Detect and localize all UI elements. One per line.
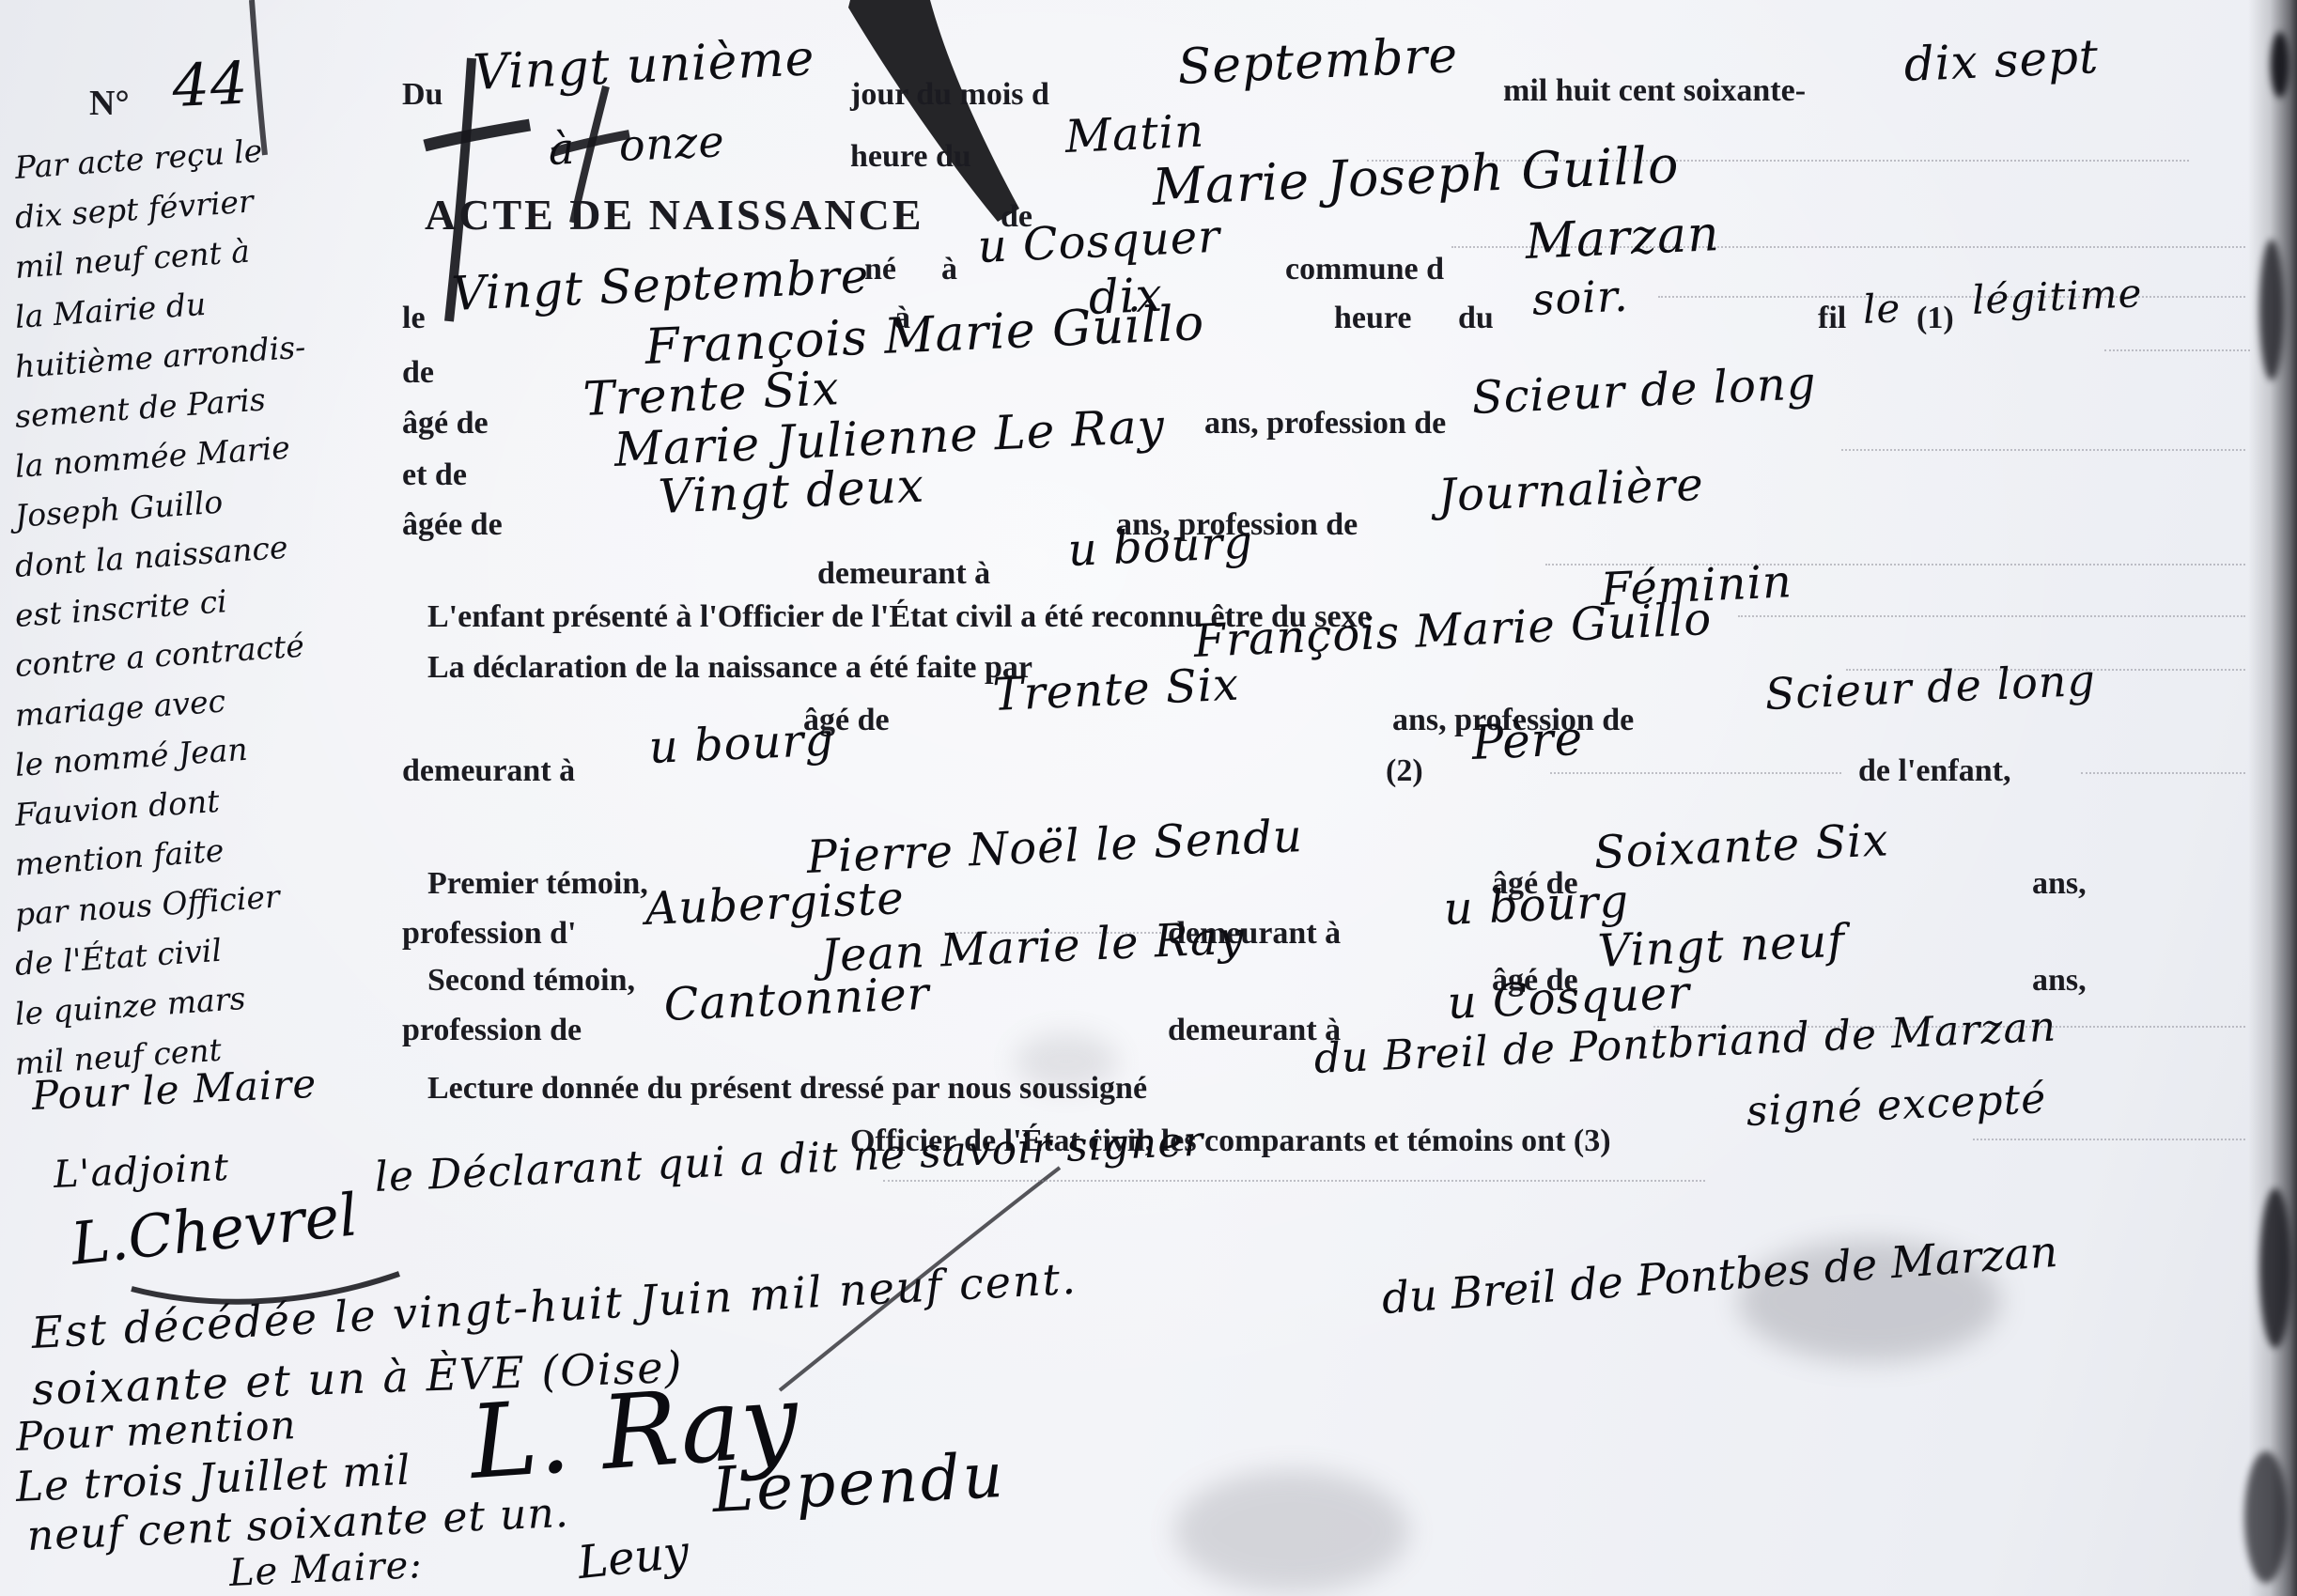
- lependu-signature: Lependu: [710, 1439, 1007, 1526]
- fille-le-entry: le: [1862, 285, 1901, 333]
- declarant-age-entry: Trente Six: [992, 659, 1241, 721]
- acte-de-naissance-title: ACTE DE NAISSANCE: [425, 190, 924, 240]
- signed-except-entry: signé excepté: [1746, 1075, 2048, 1136]
- dotted-rule: [1841, 449, 2245, 451]
- act-period-entry: Matin: [1064, 105, 1206, 163]
- dotted-rule: [2081, 772, 2245, 774]
- father-age-label: âgé de: [402, 406, 489, 442]
- witness1-label: Premier témoin,: [427, 866, 648, 902]
- act-month-entry: Septembre: [1176, 27, 1459, 96]
- declarant-demeurant-label: demeurant à: [402, 753, 575, 789]
- act-day-entry: Vingt unième: [472, 30, 815, 101]
- lecture-sentence: Lecture donnée du présent dressé par nou…: [427, 1071, 1147, 1107]
- death-note-line1: Est décédée le vingt-huit Juin mil neuf …: [30, 1253, 1079, 1358]
- birth-place-entry: u Cosquer: [977, 210, 1222, 273]
- le-maire-label: Le Maire:: [228, 1543, 424, 1595]
- act-hour-entry: onze: [618, 116, 726, 171]
- witness1-ans-label: ans,: [2032, 866, 2087, 902]
- fil-label: fil: [1818, 301, 1846, 336]
- act-number-label: N°: [89, 83, 130, 124]
- heure-label: heure: [1334, 301, 1411, 336]
- declarant-residence-entry: u bourg: [648, 713, 836, 774]
- mother-age-label: âgée de: [402, 507, 503, 543]
- mother-profession-entry: Journalière: [1437, 458, 1705, 522]
- birth-period-entry: soir.: [1531, 271, 1630, 325]
- dotted-rule: [1550, 772, 1841, 774]
- mother-age-entry: Vingt deux: [657, 458, 925, 524]
- mother-residence-entry: u bourg: [1067, 516, 1255, 577]
- header-jour-du-mois-label: jour du mois d: [850, 77, 1049, 113]
- witness1-age-entry: Soixante Six: [1593, 813, 1890, 879]
- mother-et-de-label: et de: [402, 457, 467, 493]
- ink-blob-mark: [2259, 240, 2284, 380]
- ink-blob-mark: [2271, 32, 2289, 98]
- birth-certificate-page: N° 44 Par acte reçu le dix sept février …: [0, 0, 2297, 1596]
- gray-smudge-mark: [1174, 1470, 1409, 1592]
- commune-label: commune d: [1285, 252, 1444, 287]
- hour-a-entry: à: [548, 123, 577, 175]
- margin-adjoint-label: L'adjoint: [53, 1146, 230, 1197]
- margin-marriage-note: Par acte reçu le dix sept février mil ne…: [15, 143, 325, 1089]
- witness2-label: Second témoin,: [427, 963, 635, 999]
- father-de-label: de: [402, 355, 434, 391]
- dotted-rule: [883, 1180, 1705, 1182]
- ink-cross-mark: [425, 125, 530, 146]
- witness2-profession-label: profession de: [402, 1013, 582, 1048]
- father-profession-label: ans, profession de: [1204, 406, 1446, 442]
- header-heure-du-label: heure du: [850, 139, 971, 175]
- witness1-profession-label: profession d': [402, 916, 576, 952]
- commune-entry: Marzan: [1524, 206, 1720, 271]
- dotted-rule: [1658, 296, 2245, 298]
- a-label: à: [941, 252, 957, 287]
- dotted-rule: [2104, 349, 2250, 351]
- mayor-signature: Leuy: [575, 1526, 691, 1589]
- dotted-rule: [1738, 615, 2245, 617]
- act-number-value: 44: [171, 49, 250, 120]
- de-lenfant-label: de l'enfant,: [1858, 753, 2010, 789]
- le-label: le: [402, 301, 426, 336]
- adjoint-signature: L.Chevrel: [68, 1180, 361, 1278]
- witness2-ans-label: ans,: [2032, 963, 2087, 999]
- declarant-role-entry: Père: [1470, 711, 1584, 770]
- header-year-print-label: mil huit cent soixante-: [1503, 73, 1806, 109]
- witness2-profession-entry: Cantonnier: [663, 968, 931, 1031]
- birth-day-entry: Vingt Septembre: [450, 249, 870, 321]
- declaration-sentence: La déclaration de la naissance a été fai…: [427, 650, 1032, 686]
- header-du-label: Du: [402, 77, 442, 113]
- mother-demeurant-label: demeurant à: [817, 556, 990, 592]
- num1-label: (1): [1917, 301, 1954, 336]
- ink-blob-mark: [2244, 1451, 2288, 1583]
- legitime-entry: légitime: [1971, 270, 2144, 323]
- du-label: du: [1458, 301, 1494, 336]
- ink-blob-mark: [2259, 1188, 2291, 1348]
- dotted-rule: [1973, 1139, 2245, 1140]
- act-year-entry: dix sept: [1902, 29, 2100, 92]
- declarant-profession-entry: Scieur de long: [1764, 655, 2097, 720]
- child-name-entry: Marie Joseph Guillo: [1151, 135, 1680, 217]
- witness1-profession-entry: Aubergiste: [644, 872, 906, 936]
- declarant-cannot-sign-note: le Déclarant qui a dit ne savoir signer: [374, 1118, 1205, 1201]
- num2-label: (2): [1386, 753, 1423, 789]
- father-profession-entry: Scieur de long: [1471, 357, 1818, 425]
